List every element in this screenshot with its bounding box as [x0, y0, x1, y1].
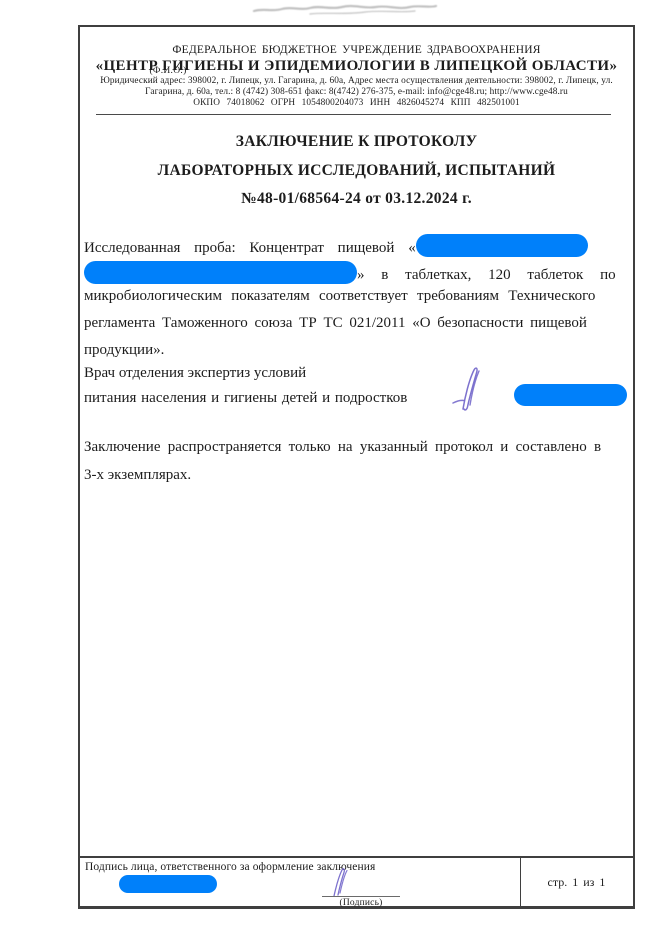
body-line-5: продукции». — [84, 342, 629, 359]
redaction-box-responsible-fio — [119, 875, 217, 893]
body-line-2: » в таблетках, 120 таблеток по — [84, 261, 629, 284]
document-title-line2: ЛАБОРАТОРНЫХ ИССЛЕДОВАНИЙ, ИСПЫТАНИЙ — [84, 162, 629, 180]
document-number-date: №48-01/68564-24 от 03.12.2024 г. — [84, 190, 629, 208]
signatory-role-line1: Врач отделения экспертиз условий — [84, 365, 629, 382]
body-line-2-text: » в таблетках, 120 таблеток по — [357, 267, 616, 283]
document-title-line1: ЗАКЛЮЧЕНИЕ К ПРОТОКОЛУ — [84, 133, 629, 151]
scan-smudge-artifact — [250, 0, 440, 18]
body-line-1-text: Исследованная проба: Концентрат пищевой … — [84, 240, 416, 256]
redaction-box-product-name-1 — [416, 234, 588, 257]
signature-line — [322, 896, 400, 897]
redaction-box-doctor-name — [514, 384, 627, 406]
doctor-signature-ink — [448, 364, 490, 414]
org-type-line: ФЕДЕРАЛЬНОЕ БЮДЖЕТНОЕ УЧРЕЖДЕНИЕ ЗДРАВОО… — [84, 44, 629, 56]
body-line-4: регламента Таможенного союза ТР ТС 021/2… — [84, 315, 629, 332]
fio-caption: (Ф.И.О.) — [119, 66, 217, 76]
document-page: ФЕДЕРАЛЬНОЕ БЮДЖЕТНОЕ УЧРЕЖДЕНИЕ ЗДРАВОО… — [78, 25, 635, 909]
closing-line-1: Заключение распространяется только на ук… — [84, 439, 629, 456]
body-line-3: микробиологическим показателям соответст… — [84, 288, 629, 305]
redaction-box-product-name-2 — [84, 261, 357, 284]
closing-line-2: 3-х экземплярах. — [84, 467, 629, 484]
footer-signature-ink — [326, 866, 356, 900]
page-number: стр. 1 из 1 — [520, 858, 633, 906]
letterhead-divider — [96, 114, 611, 115]
org-address-line2: Гагарина, д. 60а, тел.: 8 (4742) 308-651… — [84, 87, 629, 97]
signature-caption: (Подпись) — [322, 898, 400, 908]
org-address-line1: Юридический адрес: 398002, г. Липецк, ул… — [84, 76, 629, 86]
org-codes-line: ОКПО 74018062 ОГРН 1054800204073 ИНН 482… — [84, 98, 629, 108]
scanned-document: { "header": { "org_type": "ФЕДЕРАЛЬНОЕ Б… — [0, 0, 660, 936]
body-line-1: Исследованная проба: Концентрат пищевой … — [84, 234, 629, 257]
